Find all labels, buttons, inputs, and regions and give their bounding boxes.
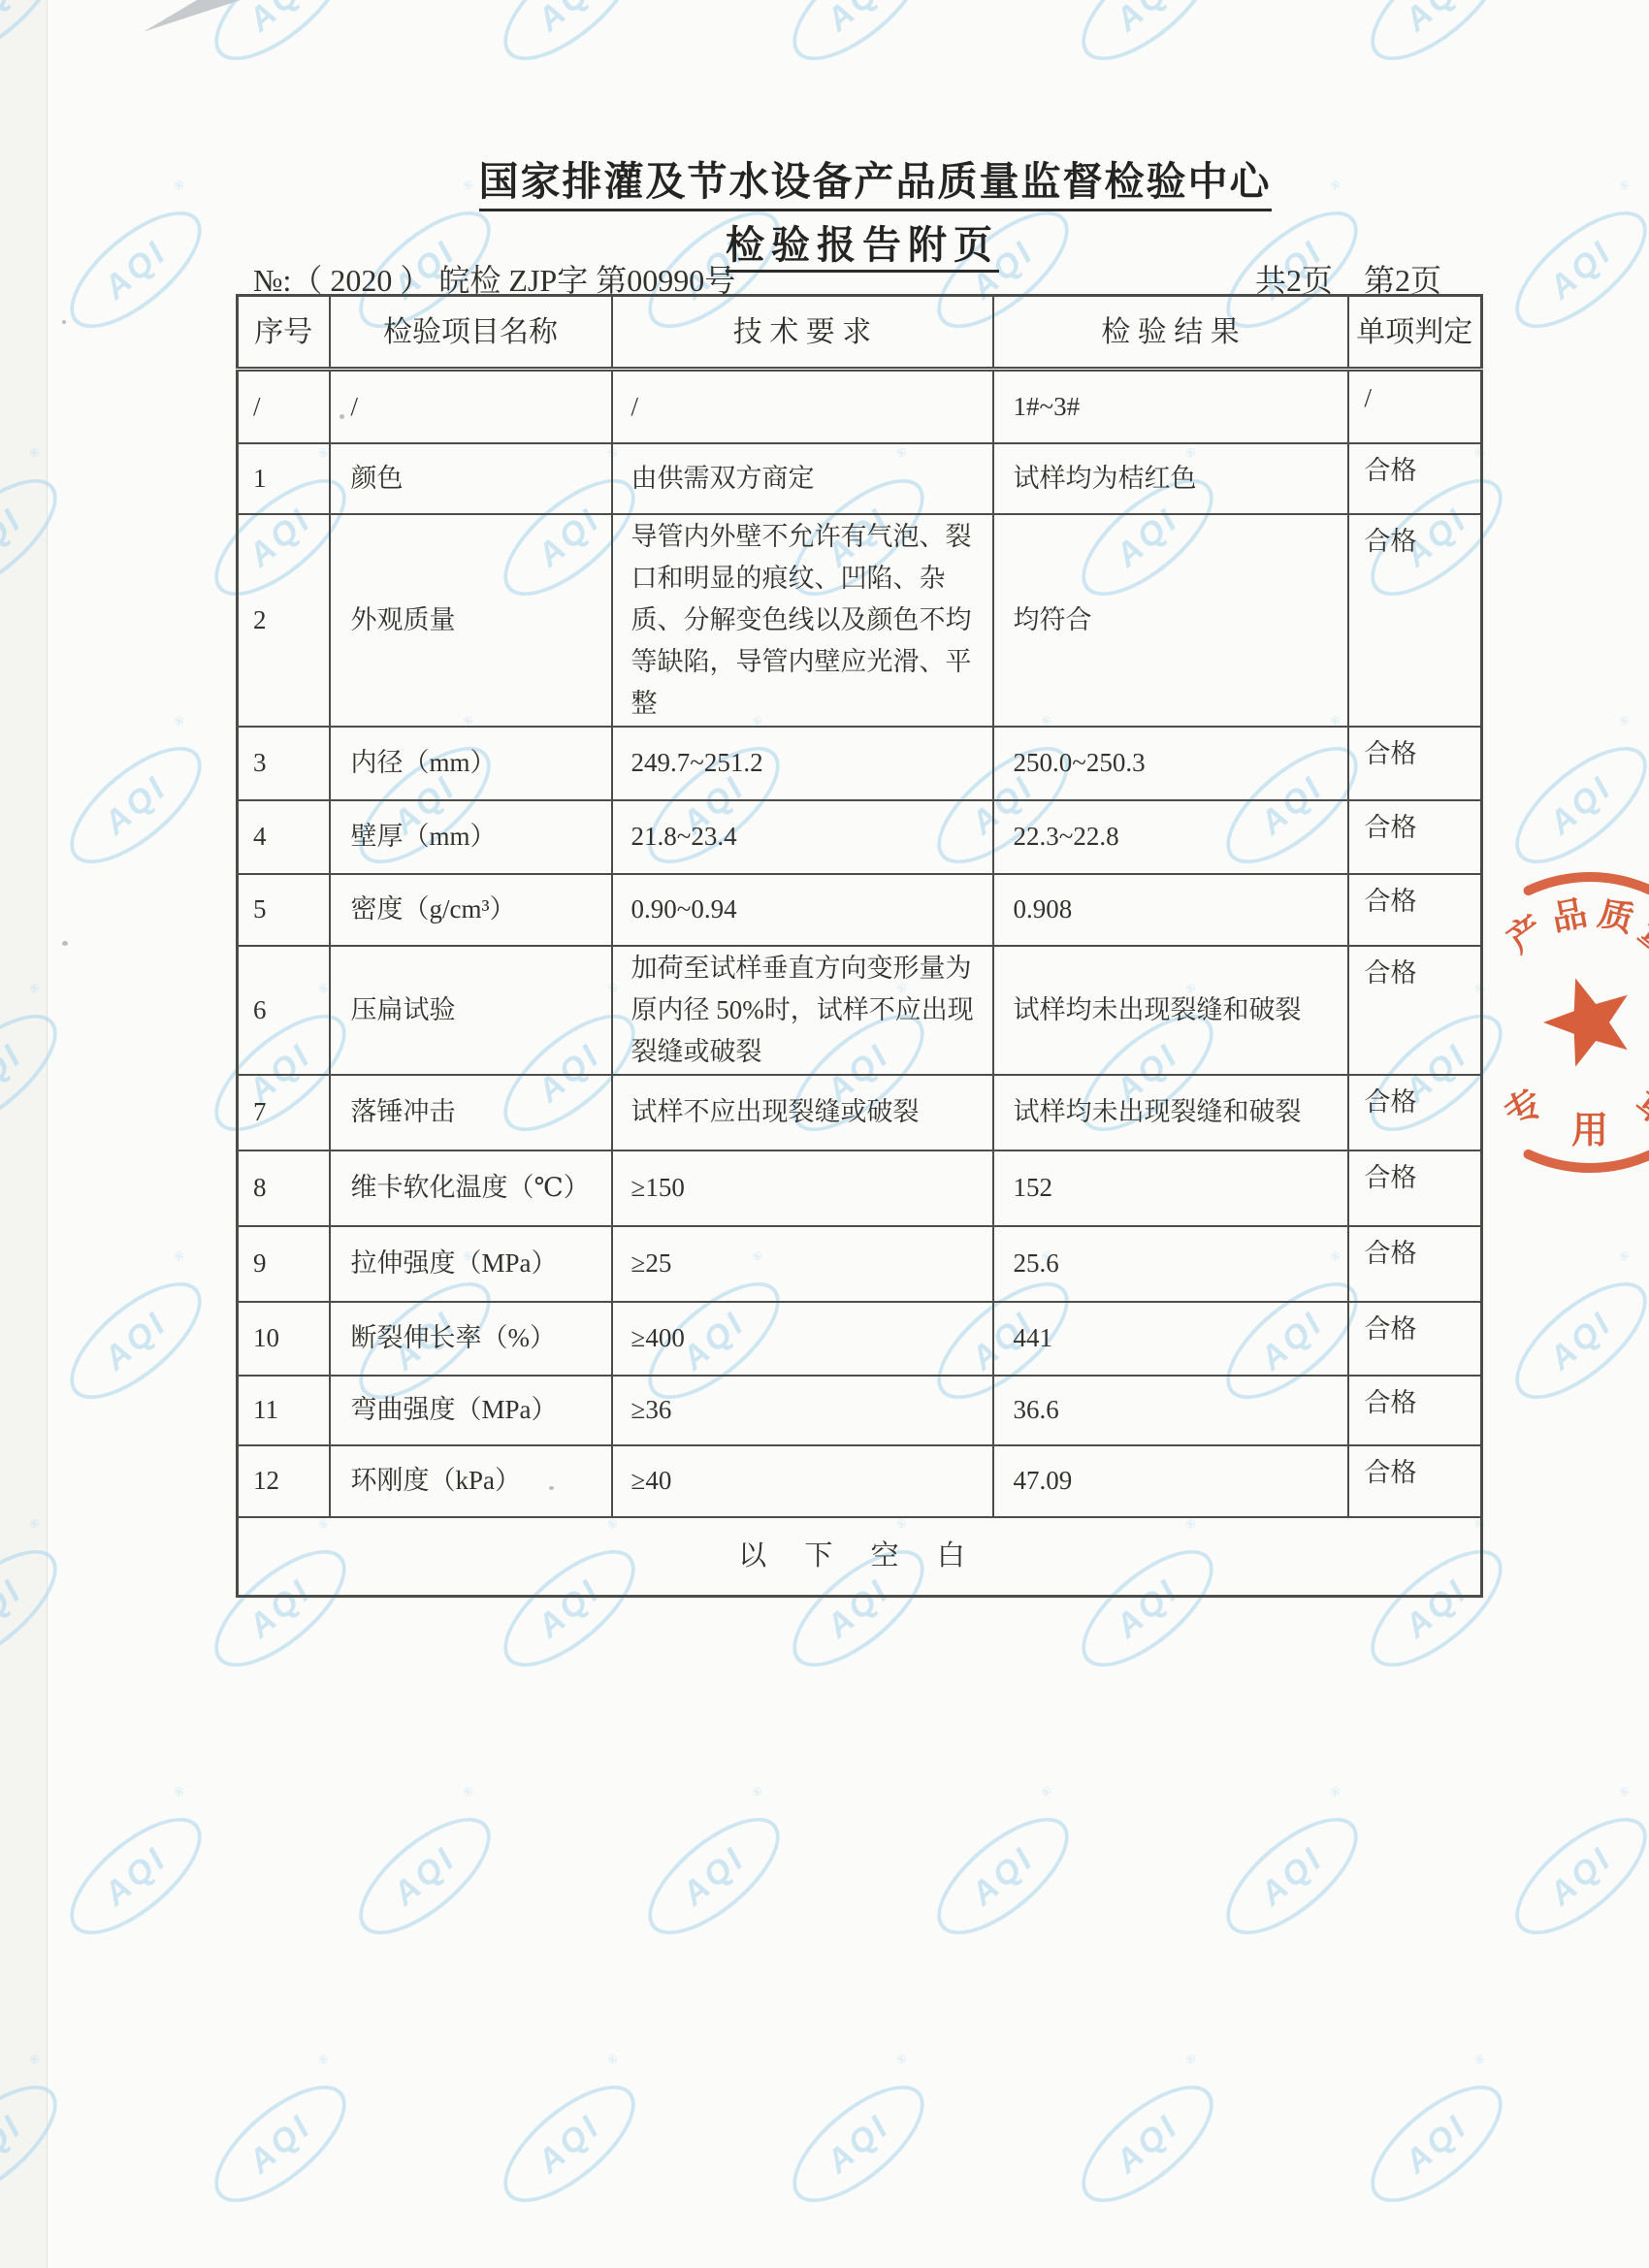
watermark-text: AQI — [1253, 1839, 1332, 1913]
table-cell: 9 — [238, 1226, 330, 1302]
watermark-logo: AQI® — [1641, 0, 1649, 81]
watermark-logo: AQI® — [1352, 2065, 1520, 2222]
table-cell: 合格 — [1348, 443, 1482, 514]
org-title: 国家排灌及节水设备产品质量监督检验中心 — [479, 159, 1272, 211]
watermark-text: AQI — [97, 768, 176, 842]
table-cell: 维卡软化温度（℃） — [330, 1150, 612, 1226]
table-cell: 合格 — [1348, 946, 1482, 1075]
table-cell: / — [238, 370, 330, 443]
table-row: 2外观质量导管内外壁不允许有气泡、裂口和明显的痕纹、凹陷、杂质、分解变色线以及颜… — [238, 514, 1482, 727]
watermark-logo: AQI® — [340, 1798, 508, 1955]
table-cell: 21.8~23.4 — [612, 800, 993, 874]
watermark-logo: AQI® — [1352, 0, 1520, 81]
table-cell: 试样均未出现裂缝和破裂 — [993, 946, 1348, 1075]
watermark-text: AQI — [675, 1839, 754, 1913]
table-cell: ≥25 — [612, 1226, 993, 1302]
watermark-text: AQI — [1109, 0, 1187, 39]
watermark-logo: AQI® — [630, 1798, 797, 1955]
blank-below-label: 以 下 空 白 — [238, 1517, 1482, 1597]
table-cell: 试样不应出现裂缝或破裂 — [612, 1075, 993, 1150]
table-cell: 颜色 — [330, 443, 612, 514]
stamp-character: 章 — [1628, 1081, 1649, 1136]
table-cell: ≥36 — [612, 1376, 993, 1445]
table-cell: 环刚度（kPa） — [330, 1445, 612, 1517]
stamp-character: 产 — [1500, 907, 1551, 959]
table-cell: 249.7~251.2 — [612, 727, 993, 800]
column-header: 检验项目名称 — [330, 296, 612, 370]
table-row: 11弯曲强度（MPa）≥3636.6合格 — [238, 1376, 1482, 1445]
stamp-arc-text-top: 产品质量 — [1500, 893, 1649, 964]
stamp-character: 质 — [1595, 893, 1638, 940]
watermark-logo: AQI® — [485, 0, 653, 81]
table-cell: 10 — [238, 1302, 330, 1376]
registered-mark-icon: ® — [1327, 1783, 1344, 1801]
table-cell: 压扁试验 — [330, 946, 612, 1075]
registered-mark-icon: ® — [1471, 2051, 1489, 2069]
registered-mark-icon: ® — [171, 1247, 188, 1266]
table-cell: 0.90~0.94 — [612, 874, 993, 946]
table-cell: ≥40 — [612, 1445, 993, 1517]
stamp-border-arc-top — [1529, 877, 1649, 950]
column-header: 检 验 结 果 — [993, 296, 1348, 370]
table-row: 12环刚度（kPa）≥4047.09合格 — [238, 1445, 1482, 1517]
table-row: 5密度（g/cm³）0.90~0.940.908合格 — [238, 874, 1482, 946]
star-icon — [1543, 978, 1628, 1066]
table-cell: 2 — [238, 514, 330, 727]
stamp-character: 专 — [1498, 1082, 1552, 1136]
watermark-logo: AQI® — [196, 2065, 364, 2222]
watermark-text: AQI — [242, 2107, 320, 2181]
scan-speck — [339, 414, 344, 419]
table-cell: 152 — [993, 1150, 1348, 1226]
stamp-character: 量 — [1632, 912, 1649, 964]
table-cell: 441 — [993, 1302, 1348, 1376]
table-cell: 外观质量 — [330, 514, 612, 727]
watermark-logo: AQI® — [51, 1798, 219, 1955]
table-cell: 合格 — [1348, 1075, 1482, 1150]
watermark-logo: AQI® — [1497, 1798, 1649, 1955]
scan-corner-artifact — [144, 0, 241, 41]
table-row: 7落锤冲击试样不应出现裂缝或破裂试样均未出现裂缝和破裂合格 — [238, 1075, 1482, 1150]
table-cell: 36.6 — [993, 1376, 1348, 1445]
table-cell: 合格 — [1348, 727, 1482, 800]
table-cell: 均符合 — [993, 514, 1348, 727]
table-cell: 7 — [238, 1075, 330, 1150]
watermark-logo: AQI® — [1641, 1530, 1649, 1687]
table-cell: 合格 — [1348, 1376, 1482, 1445]
stamp-character: 用 — [1571, 1111, 1608, 1151]
registered-mark-icon: ® — [893, 2051, 911, 2069]
registered-mark-icon: ® — [171, 1783, 188, 1801]
table-cell: 合格 — [1348, 1150, 1482, 1226]
watermark-text: AQI — [1542, 1304, 1621, 1377]
stamp-border-arc-bottom — [1529, 1106, 1649, 1168]
watermark-text: AQI — [820, 0, 898, 39]
registered-mark-icon: ® — [1616, 1247, 1633, 1266]
table-cell: 6 — [238, 946, 330, 1075]
watermark-logo: AQI® — [774, 2065, 942, 2222]
watermark-logo: AQI® — [774, 0, 942, 81]
stamp-character: 品 — [1549, 893, 1591, 938]
table-cell: 1#~3# — [993, 370, 1348, 443]
table-cell: 合格 — [1348, 1445, 1482, 1517]
table-cell: 断裂伸长率（%） — [330, 1302, 612, 1376]
watermark-text: AQI — [964, 1839, 1043, 1913]
table-cell: 12 — [238, 1445, 330, 1517]
table-cell: 0.908 — [993, 874, 1348, 946]
scan-speck — [62, 320, 66, 324]
watermark-logo: AQI® — [1497, 1262, 1649, 1419]
table-cell: 试样均为桔红色 — [993, 443, 1348, 514]
watermark-text: AQI — [531, 2107, 609, 2181]
watermark-text: AQI — [1109, 2107, 1187, 2181]
watermark-text: AQI — [97, 1839, 176, 1913]
watermark-logo: AQI® — [1641, 2065, 1649, 2222]
watermark-logo: AQI® — [485, 2065, 653, 2222]
watermark-text: AQI — [1542, 768, 1621, 842]
table-cell: / — [1348, 370, 1482, 443]
inspection-results-table: 序号检验项目名称技 术 要 求检 验 结 果单项判定 ///1#~3#/1颜色由… — [236, 294, 1483, 1598]
table-row: 6压扁试验加荷至试样垂直方向变形量为原内径 50%时，试样不应出现裂缝或破裂试样… — [238, 946, 1482, 1075]
registered-mark-icon: ® — [604, 2051, 622, 2069]
registered-mark-icon: ® — [1616, 1783, 1633, 1801]
table-cell: 导管内外壁不允许有气泡、裂口和明显的痕纹、凹陷、杂质、分解变色线以及颜色不均等缺… — [612, 514, 993, 727]
registered-mark-icon: ® — [1038, 1783, 1055, 1801]
registered-mark-icon: ® — [1182, 2051, 1200, 2069]
table-cell: 试样均未出现裂缝和破裂 — [993, 1075, 1348, 1150]
table-cell: 合格 — [1348, 800, 1482, 874]
table-cell: 内径（mm） — [330, 727, 612, 800]
watermark-text: AQI — [242, 0, 320, 39]
watermark-text: AQI — [1398, 2107, 1476, 2181]
watermark-logo: AQI® — [51, 727, 219, 884]
table-cell: 加荷至试样垂直方向变形量为原内径 50%时，试样不应出现裂缝或破裂 — [612, 946, 993, 1075]
column-header: 技 术 要 求 — [612, 296, 993, 370]
table-cell: 11 — [238, 1376, 330, 1445]
table-cell: 合格 — [1348, 874, 1482, 946]
table-cell: 3 — [238, 727, 330, 800]
table-row: 10断裂伸长率（%）≥400441合格 — [238, 1302, 1482, 1376]
scanned-report-page: AQI®AQI®AQI®AQI®AQI®AQI®AQI®AQI®AQI®AQI®… — [0, 0, 1649, 2268]
table-cell: ≥150 — [612, 1150, 993, 1226]
watermark-text: AQI — [97, 1304, 176, 1377]
table-cell: 密度（g/cm³） — [330, 874, 612, 946]
table-cell: 弯曲强度（MPa） — [330, 1376, 612, 1445]
table-cell: 8 — [238, 1150, 330, 1226]
registered-mark-icon: ® — [171, 712, 188, 730]
scan-left-edge — [0, 0, 48, 2268]
table-cell: 1 — [238, 443, 330, 514]
table-row: 3内径（mm）249.7~251.2250.0~250.3合格 — [238, 727, 1482, 800]
watermark-logo: AQI® — [1063, 0, 1231, 81]
table-cell: / — [612, 370, 993, 443]
table-row: 1颜色由供需双方商定试样均为桔红色合格 — [238, 443, 1482, 514]
table-cell: 拉伸强度（MPa） — [330, 1226, 612, 1302]
registered-mark-icon: ® — [460, 1783, 477, 1801]
table-cell: 合格 — [1348, 514, 1482, 727]
table-header-row: 序号检验项目名称技 术 要 求检 验 结 果单项判定 — [238, 296, 1482, 370]
scan-speck — [62, 941, 68, 946]
table-cell: / — [330, 370, 612, 443]
watermark-logo: AQI® — [196, 0, 364, 81]
title-row: 国家排灌及节水设备产品质量监督检验中心 — [50, 149, 1649, 207]
table-cell: ≥400 — [612, 1302, 993, 1376]
column-header: 单项判定 — [1348, 296, 1482, 370]
watermark-logo: AQI® — [51, 1262, 219, 1419]
table-cell: 壁厚（mm） — [330, 800, 612, 874]
watermark-logo: AQI® — [1641, 459, 1649, 616]
watermark-logo: AQI® — [1063, 2065, 1231, 2222]
table-cell: 合格 — [1348, 1226, 1482, 1302]
table-cell: 250.0~250.3 — [993, 727, 1348, 800]
watermark-text: AQI — [531, 0, 609, 39]
registered-mark-icon: ® — [315, 2051, 333, 2069]
table-footer-row: 以 下 空 白 — [238, 1517, 1482, 1597]
table-cell: 5 — [238, 874, 330, 946]
watermark-logo: AQI® — [1497, 727, 1649, 884]
table-row: 8维卡软化温度（℃）≥150152合格 — [238, 1150, 1482, 1226]
table-row: ///1#~3#/ — [238, 370, 1482, 443]
watermark-logo: AQI® — [919, 1798, 1086, 1955]
table-cell: 由供需双方商定 — [612, 443, 993, 514]
watermark-text: AQI — [820, 2107, 898, 2181]
table-cell: 合格 — [1348, 1302, 1482, 1376]
watermark-logo: AQI® — [1641, 994, 1649, 1151]
table-cell: 47.09 — [993, 1445, 1348, 1517]
watermark-text: AQI — [1398, 0, 1476, 39]
table-cell: 4 — [238, 800, 330, 874]
registered-mark-icon: ® — [749, 1783, 766, 1801]
table-row: 4壁厚（mm）21.8~23.422.3~22.8合格 — [238, 800, 1482, 874]
column-header: 序号 — [238, 296, 330, 370]
table-cell: 落锤冲击 — [330, 1075, 612, 1150]
stamp-arc-text-bottom: 专用章 — [1498, 1081, 1649, 1151]
watermark-text: AQI — [386, 1839, 465, 1913]
registered-mark-icon: ® — [1616, 712, 1633, 730]
table-row: 9拉伸强度（MPa）≥2525.6合格 — [238, 1226, 1482, 1302]
table-cell: 25.6 — [993, 1226, 1348, 1302]
watermark-logo: AQI® — [1208, 1798, 1375, 1955]
table-cell: 22.3~22.8 — [993, 800, 1348, 874]
watermark-text: AQI — [1542, 1839, 1621, 1913]
scan-speck — [549, 1486, 554, 1490]
